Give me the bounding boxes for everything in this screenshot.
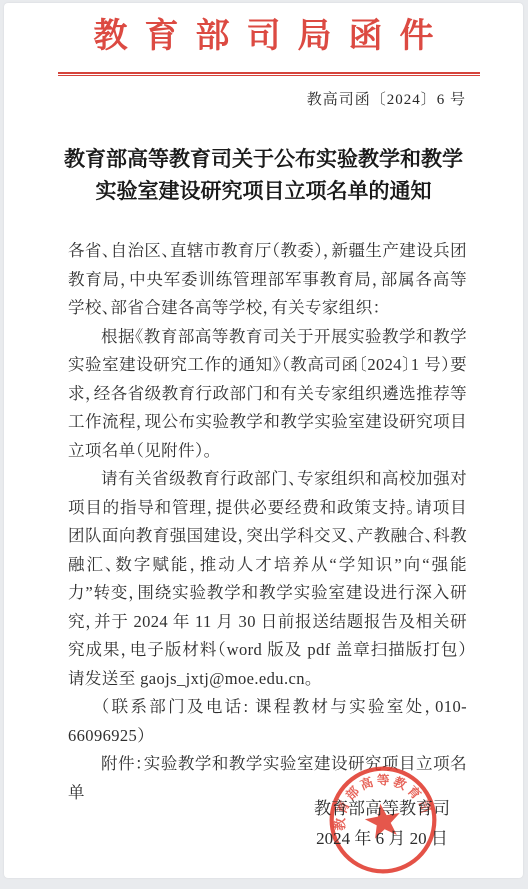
signature-org: 教育部高等教育司 [308, 800, 456, 818]
document-title: 教育部高等教育司关于公布实验教学和教学 实验室建设研究项目立项名单的通知 [4, 143, 523, 207]
signature-date: 2024 年 6 月 20 日 [308, 830, 456, 848]
letter-page: 教育部司局函件 教高司函〔2024〕6 号 教育部高等教育司关于公布实验教学和教… [4, 3, 523, 878]
paragraph-basis: 根据《教育部高等教育司关于开展实验教学和教学实验室建设研究工作的通知》（教高司函… [68, 323, 467, 466]
document-title-line1: 教育部高等教育司关于公布实验教学和教学 [4, 143, 523, 175]
document-title-line2: 实验室建设研究项目立项名单的通知 [4, 175, 523, 207]
letter-body: 各省、自治区、直辖市教育厅（教委），新疆生产建设兵团教育局，中央军委训练管理部军… [4, 237, 523, 807]
paragraph-requirements: 请有关省级教育行政部门、专家组织和高校加强对项目的指导和管理，提供必要经费和政策… [68, 465, 467, 693]
recipients-line: 各省、自治区、直辖市教育厅（教委），新疆生产建设兵团教育局，中央军委训练管理部军… [68, 237, 467, 323]
letter-head-title: 教育部司局函件 [4, 3, 528, 58]
signature-block: 教育部高等教育司 2024 年 6 月 20 日 [308, 800, 456, 848]
document-number: 教高司函〔2024〕6 号 [4, 88, 523, 109]
red-double-rule [58, 72, 480, 76]
paragraph-contact: （联系部门及电话: 课程教材与实验室处，010-66096925） [68, 693, 467, 750]
